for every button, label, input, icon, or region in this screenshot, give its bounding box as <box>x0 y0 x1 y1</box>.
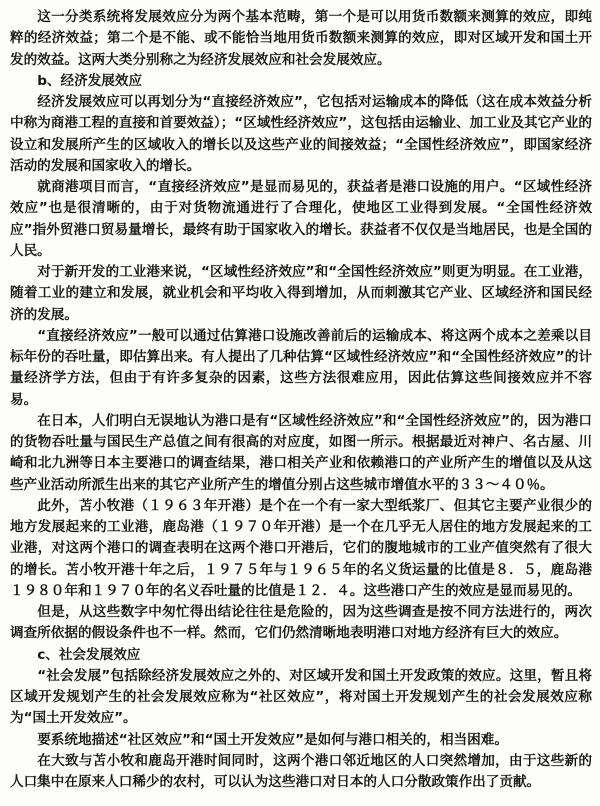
paragraph-tomakomai-kashima-ports: 此外，苫小牧港（１９６３年开港）是个在一个有一家大型纸浆厂、但其它主要产业很少的… <box>10 496 592 602</box>
paragraph-social-development-definition: “社会发展”包括除经济发展效应之外的、对区域开发和国土开发政策的效应。这里，暂且… <box>10 666 592 730</box>
paragraph-classification-intro: 这一分类系统将发展效应分为两个基本范畴，第一个是可以用货币数额来测算的效应，即纯… <box>10 7 592 71</box>
scanned-document-page: 这一分类系统将发展效应分为两个基本范畴，第一个是可以用货币数额来测算的效应，即纯… <box>0 0 600 806</box>
paragraph-description-difficulty: 要系统地描述“社区效应”和“国土开发效应”是如何与港口相关的，相当困难。 <box>10 730 592 751</box>
paragraph-population-dispersion: 在大致与苫小牧和鹿岛开港时间同时，这两个港口邻近地区的人口突然增加，由于这些新的… <box>10 751 592 794</box>
paragraph-commercial-port-effects: 就商港项目而言，“直接经济效应”是显而易见的，获益者是港口设施的用户。“区域性经… <box>10 177 592 262</box>
heading-social-development-effect: c、社会发展效应 <box>10 645 592 666</box>
paragraph-estimation-methods: “直接经济效应”一般可以通过估算港口设施改善前后的运输成本、将这两个成本之差乘以… <box>10 326 592 411</box>
paragraph-caution-on-figures: 但是，从这些数字中匆忙得出结论往往是危险的，因为这些调查是按不同方法进行的，两次… <box>10 602 592 645</box>
heading-economic-development-effect: b、经济发展效应 <box>10 71 592 92</box>
paragraph-direct-regional-national-effects: 经济发展效应可以再划分为“直接经济效应”，它包括对运输成本的降低（这在成本效益分… <box>10 92 592 177</box>
paragraph-japan-evidence: 在日本，人们明白无误地认为港口是有“区域性经济效应”和“全国性经济效应”的，因为… <box>10 411 592 496</box>
paragraph-industrial-port-effects: 对于新开发的工业港来说，“区域性经济效应”和“全国性经济效应”则更为明显。在工业… <box>10 262 592 326</box>
